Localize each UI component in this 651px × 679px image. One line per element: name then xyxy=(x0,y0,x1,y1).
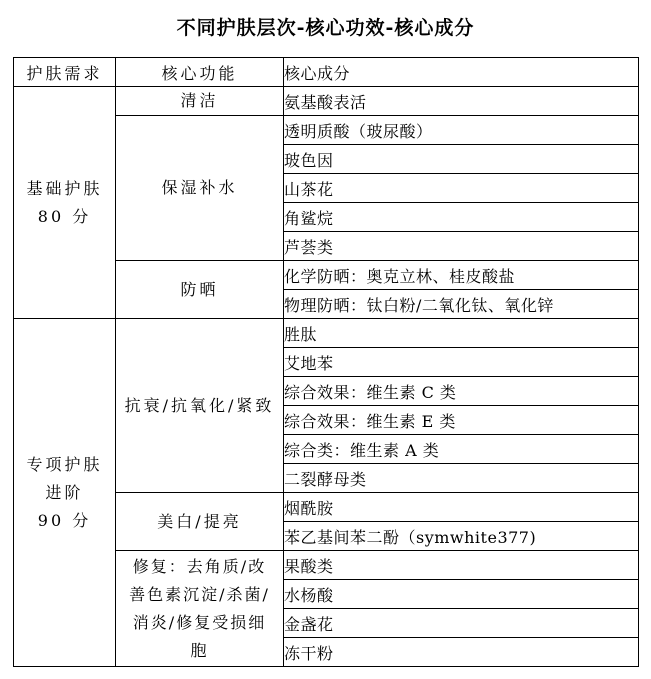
function-cell-moisturize: 保湿补水 xyxy=(116,116,284,261)
ingredient-cell: 苯乙基间苯二酚（symwhite377) xyxy=(284,522,639,551)
ingredient-cell: 化学防晒：奥克立林、桂皮酸盐 xyxy=(284,261,639,290)
ingredient-cell: 角鲨烷 xyxy=(284,203,639,232)
ingredient-cell: 艾地苯 xyxy=(284,348,639,377)
table-row: 基础护肤 80 分 清洁 氨基酸表活 xyxy=(14,87,639,116)
function-cell-antiaging: 抗衰/抗氧化/紧致 xyxy=(116,319,284,493)
ingredient-cell: 胜肽 xyxy=(284,319,639,348)
document-page: 不同护肤层次-核心功效-核心成分 护肤需求 核心功能 核心成分 基础护肤 80 … xyxy=(0,0,651,679)
table-row: 专项护肤 进阶 90 分 抗衰/抗氧化/紧致 胜肽 xyxy=(14,319,639,348)
ingredient-cell: 透明质酸（玻尿酸） xyxy=(284,116,639,145)
ingredient-cell: 冻干粉 xyxy=(284,638,639,667)
need-cell-basic: 基础护肤 80 分 xyxy=(14,87,116,319)
header-function: 核心功能 xyxy=(116,58,284,87)
function-cell-repair: 修复：去角质/改 善色素沉淀/杀菌/ 消炎/修复受损细 胞 xyxy=(116,551,284,667)
ingredient-cell: 氨基酸表活 xyxy=(284,87,639,116)
header-need: 护肤需求 xyxy=(14,58,116,87)
function-cell-clean: 清洁 xyxy=(116,87,284,116)
ingredient-cell: 水杨酸 xyxy=(284,580,639,609)
function-cell-whitening: 美白/提亮 xyxy=(116,493,284,551)
ingredient-cell: 综合类：维生素 A 类 xyxy=(284,435,639,464)
skincare-table: 护肤需求 核心功能 核心成分 基础护肤 80 分 清洁 氨基酸表活 保湿补水 透… xyxy=(13,57,639,667)
ingredient-cell: 玻色因 xyxy=(284,145,639,174)
ingredient-cell: 物理防晒：钛白粉/二氧化钛、氧化锌 xyxy=(284,290,639,319)
header-ingredient: 核心成分 xyxy=(284,58,639,87)
ingredient-cell: 二裂酵母类 xyxy=(284,464,639,493)
ingredient-cell: 综合效果：维生素 C 类 xyxy=(284,377,639,406)
need-cell-advanced: 专项护肤 进阶 90 分 xyxy=(14,319,116,667)
ingredient-cell: 金盏花 xyxy=(284,609,639,638)
ingredient-cell: 山茶花 xyxy=(284,174,639,203)
ingredient-cell: 综合效果：维生素 E 类 xyxy=(284,406,639,435)
function-cell-sunscreen: 防晒 xyxy=(116,261,284,319)
ingredient-cell: 果酸类 xyxy=(284,551,639,580)
ingredient-cell: 烟酰胺 xyxy=(284,493,639,522)
page-title: 不同护肤层次-核心功效-核心成分 xyxy=(0,0,651,41)
ingredient-cell: 芦荟类 xyxy=(284,232,639,261)
table-header-row: 护肤需求 核心功能 核心成分 xyxy=(14,58,639,87)
